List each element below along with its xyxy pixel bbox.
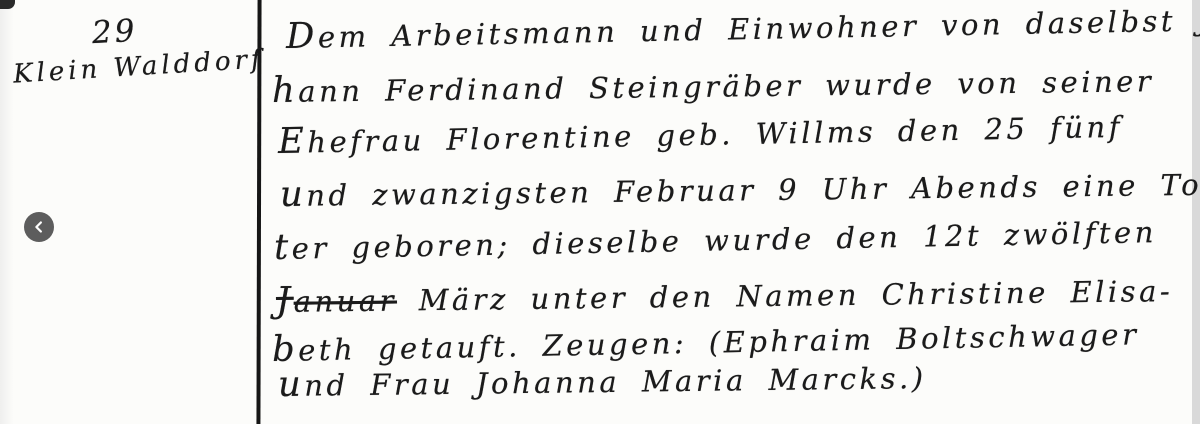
entry-number: 29 <box>91 13 138 51</box>
record-line-3: Ehefrau Florentine geb. Willms den 25 fü… <box>278 105 1124 162</box>
record-line-2: hann Ferdinand Steingräber wurde von sei… <box>272 59 1155 111</box>
scan-right-edge <box>1192 0 1200 424</box>
church-record-scan: 29 Klein Walddorf Dem Arbeitsmann und Ei… <box>0 0 1200 424</box>
place-name: Klein Walddorf <box>12 44 265 89</box>
struck-word: Januar <box>276 284 397 319</box>
record-line-4: und zwanzigsten Februar 9 Uhr Abends ein… <box>280 162 1200 215</box>
record-line-6-rest: März unter den Namen Christine Elisa- <box>397 274 1174 317</box>
chevron-left-icon <box>30 218 48 236</box>
record-line-1: Dem Arbeitsmann und Einwohner von daselb… <box>286 0 1200 57</box>
record-line-6: Januar März unter den Namen Christine El… <box>276 269 1174 321</box>
record-line-5: ter geboren; dieselbe wurde den 12t zwöl… <box>274 210 1158 268</box>
record-text: Dem Arbeitsmann und Einwohner von daselb… <box>272 0 1192 424</box>
record-line-8: und Frau Johanna Maria Marcks.) <box>278 356 927 405</box>
previous-page-button[interactable] <box>24 212 54 242</box>
